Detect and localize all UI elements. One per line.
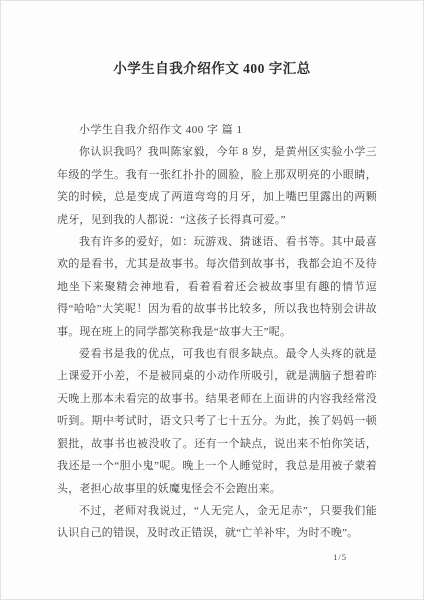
- document-page: 小学生自我介绍作文 400 字汇总 小学生自我介绍作文 400 字 篇 1 你认…: [0, 0, 424, 600]
- essay-paragraph: 不过，老师对我说过，“人无完人，金无足赤”，只要我们能认识自己的错误，及时改正错…: [57, 500, 377, 545]
- essay-body: 你认识我吗？我叫陈家毅，今年 8 岁，是黄州区实验小学三年级的学生。我有一张红扑…: [57, 141, 377, 544]
- document-content: 小学生自我介绍作文 400 字 篇 1 你认识我吗？我叫陈家毅，今年 8 岁，是…: [57, 119, 377, 545]
- essay-paragraph: 你认识我吗？我叫陈家毅，今年 8 岁，是黄州区实验小学三年级的学生。我有一张红扑…: [57, 141, 377, 231]
- essay-paragraph: 爱看书是我的优点，可我也有很多缺点。最令人头疼的就是上课爱开小差，不是被同桌的小…: [57, 343, 377, 500]
- essay-paragraph: 我有许多的爱好，如：玩游戏、猜谜语、看书等。其中最喜欢的是看书，尤其是故事书。每…: [57, 231, 377, 343]
- document-title: 小学生自我介绍作文 400 字汇总: [1, 61, 423, 77]
- page-number: 1/5: [333, 552, 347, 562]
- section-heading: 小学生自我介绍作文 400 字 篇 1: [57, 119, 377, 141]
